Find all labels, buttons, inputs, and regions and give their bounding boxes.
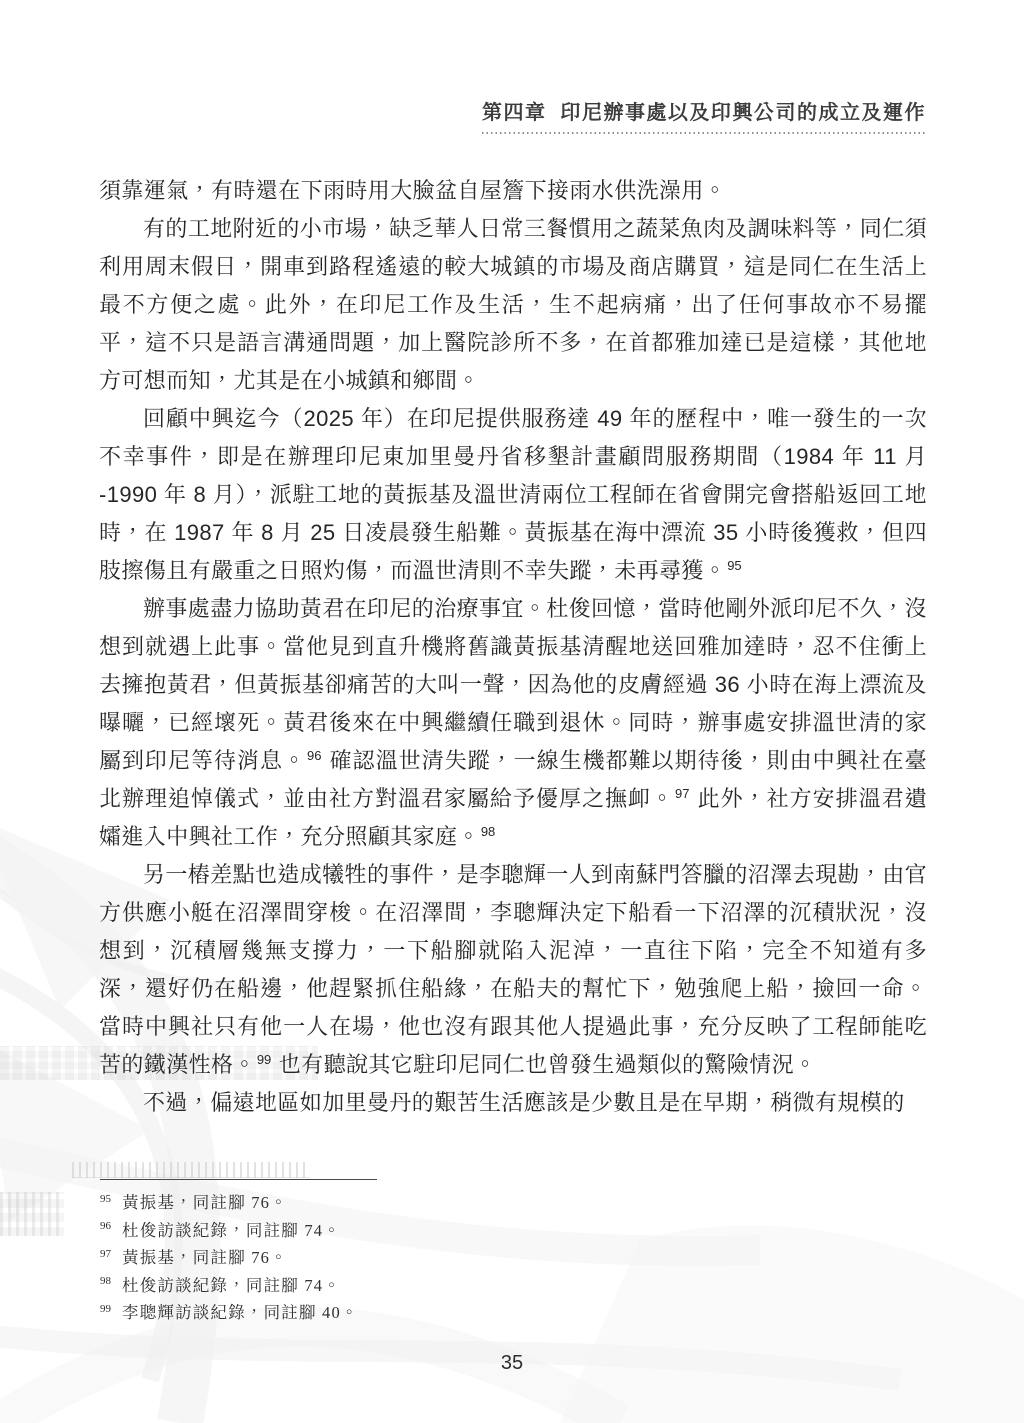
footnote-text: 杜俊訪談紀錄，同註腳 74。 — [122, 1276, 341, 1295]
footnote-item: 99李聰輝訪談紀錄，同註腳 40。 — [100, 1299, 840, 1327]
footnote-number: 96 — [100, 1220, 111, 1232]
chapter-number: 第四章 — [482, 102, 547, 124]
footnote-number: 95 — [100, 1193, 111, 1205]
footnote-item: 97黃振基，同註腳 76。 — [100, 1244, 840, 1272]
page-number: 35 — [0, 1352, 1024, 1375]
footnote-text: 黃振基，同註腳 76。 — [122, 1248, 288, 1267]
footnote-reference: 98 — [481, 824, 495, 839]
barcode-pattern-decoration — [0, 1192, 64, 1236]
body-paragraph: 須靠運氣，有時還在下雨時用大臉盆自屋簷下接雨水供洗澡用。 — [99, 172, 927, 210]
text-run: 不過，偏遠地區如加里曼丹的艱苦生活應該是少數且是在早期，稍微有規模的 — [143, 1090, 905, 1115]
body-text: 須靠運氣，有時還在下雨時用大臉盆自屋簷下接雨水供洗澡用。有的工地附近的小市場，缺… — [99, 172, 927, 1157]
footnote-text: 李聰輝訪談紀錄，同註腳 40。 — [122, 1303, 359, 1322]
footnote-text: 杜俊訪談紀錄，同註腳 74。 — [122, 1221, 341, 1240]
body-paragraph: 回顧中興迄今（2025 年）在印尼提供服務達 49 年的歷程中，唯一發生的一次不… — [99, 400, 927, 590]
footnote-reference: 96 — [307, 748, 321, 763]
chapter-header-line: 第四章印尼辦事處以及印興公司的成立及運作 — [482, 96, 926, 134]
footnote-reference: 95 — [727, 558, 741, 573]
footnote-item: 95黃振基，同註腳 76。 — [100, 1189, 840, 1217]
body-paragraph: 另一樁差點也造成犧牲的事件，是李聰輝一人到南蘇門答臘的沼澤去現勘，由官方供應小艇… — [99, 856, 927, 1084]
footnote-reference: 97 — [675, 786, 689, 801]
footnote-item: 96杜俊訪談紀錄，同註腳 74。 — [100, 1217, 840, 1245]
body-paragraph: 有的工地附近的小市場，缺乏華人日常三餐慣用之蔬菜魚肉及調味料等，同仁須利用周末假… — [99, 210, 927, 400]
body-paragraph: 辦事處盡力協助黃君在印尼的治療事宜。杜俊回憶，當時他剛外派印尼不久，沒想到就遇上… — [99, 590, 927, 856]
text-run: 也有聽說其它駐印尼同仁也曾發生過類似的驚險情況。 — [272, 1052, 816, 1077]
footnote-text: 黃振基，同註腳 76。 — [122, 1193, 288, 1212]
text-run: 須靠運氣，有時還在下雨時用大臉盆自屋簷下接雨水供洗澡用。 — [99, 178, 726, 203]
footnote-number: 97 — [100, 1248, 111, 1260]
text-run: 有的工地附近的小市場，缺乏華人日常三餐慣用之蔬菜魚肉及調味料等，同仁須利用周末假… — [99, 216, 927, 393]
book-page: 第四章印尼辦事處以及印興公司的成立及運作 須靠運氣，有時還在下雨時用大臉盆自屋簷… — [0, 0, 1024, 1423]
chapter-header: 第四章印尼辦事處以及印興公司的成立及運作 — [482, 96, 926, 134]
text-run: 辦事處盡力協助黃君在印尼的治療事宜。杜俊回憶，當時他剛外派印尼不久，沒想到就遇上… — [99, 596, 927, 773]
footnote-item: 98杜俊訪談紀錄，同註腳 74。 — [100, 1272, 840, 1300]
footnote-number: 98 — [100, 1275, 111, 1287]
footnote-number: 99 — [100, 1303, 111, 1315]
footnote-separator — [100, 1179, 377, 1180]
footnotes: 95黃振基，同註腳 76。96杜俊訪談紀錄，同註腳 74。97黃振基，同註腳 7… — [100, 1189, 840, 1327]
footnote-reference: 99 — [257, 1052, 271, 1067]
text-run: 回顧中興迄今（2025 年）在印尼提供服務達 49 年的歷程中，唯一發生的一次不… — [99, 406, 927, 583]
ruler-pattern-decoration — [72, 1162, 310, 1178]
body-paragraph: 不過，偏遠地區如加里曼丹的艱苦生活應該是少數且是在早期，稍微有規模的 — [99, 1084, 927, 1122]
chapter-title: 印尼辦事處以及印興公司的成立及運作 — [561, 102, 927, 124]
text-run: 另一樁差點也造成犧牲的事件，是李聰輝一人到南蘇門答臘的沼澤去現勘，由官方供應小艇… — [99, 862, 927, 1077]
